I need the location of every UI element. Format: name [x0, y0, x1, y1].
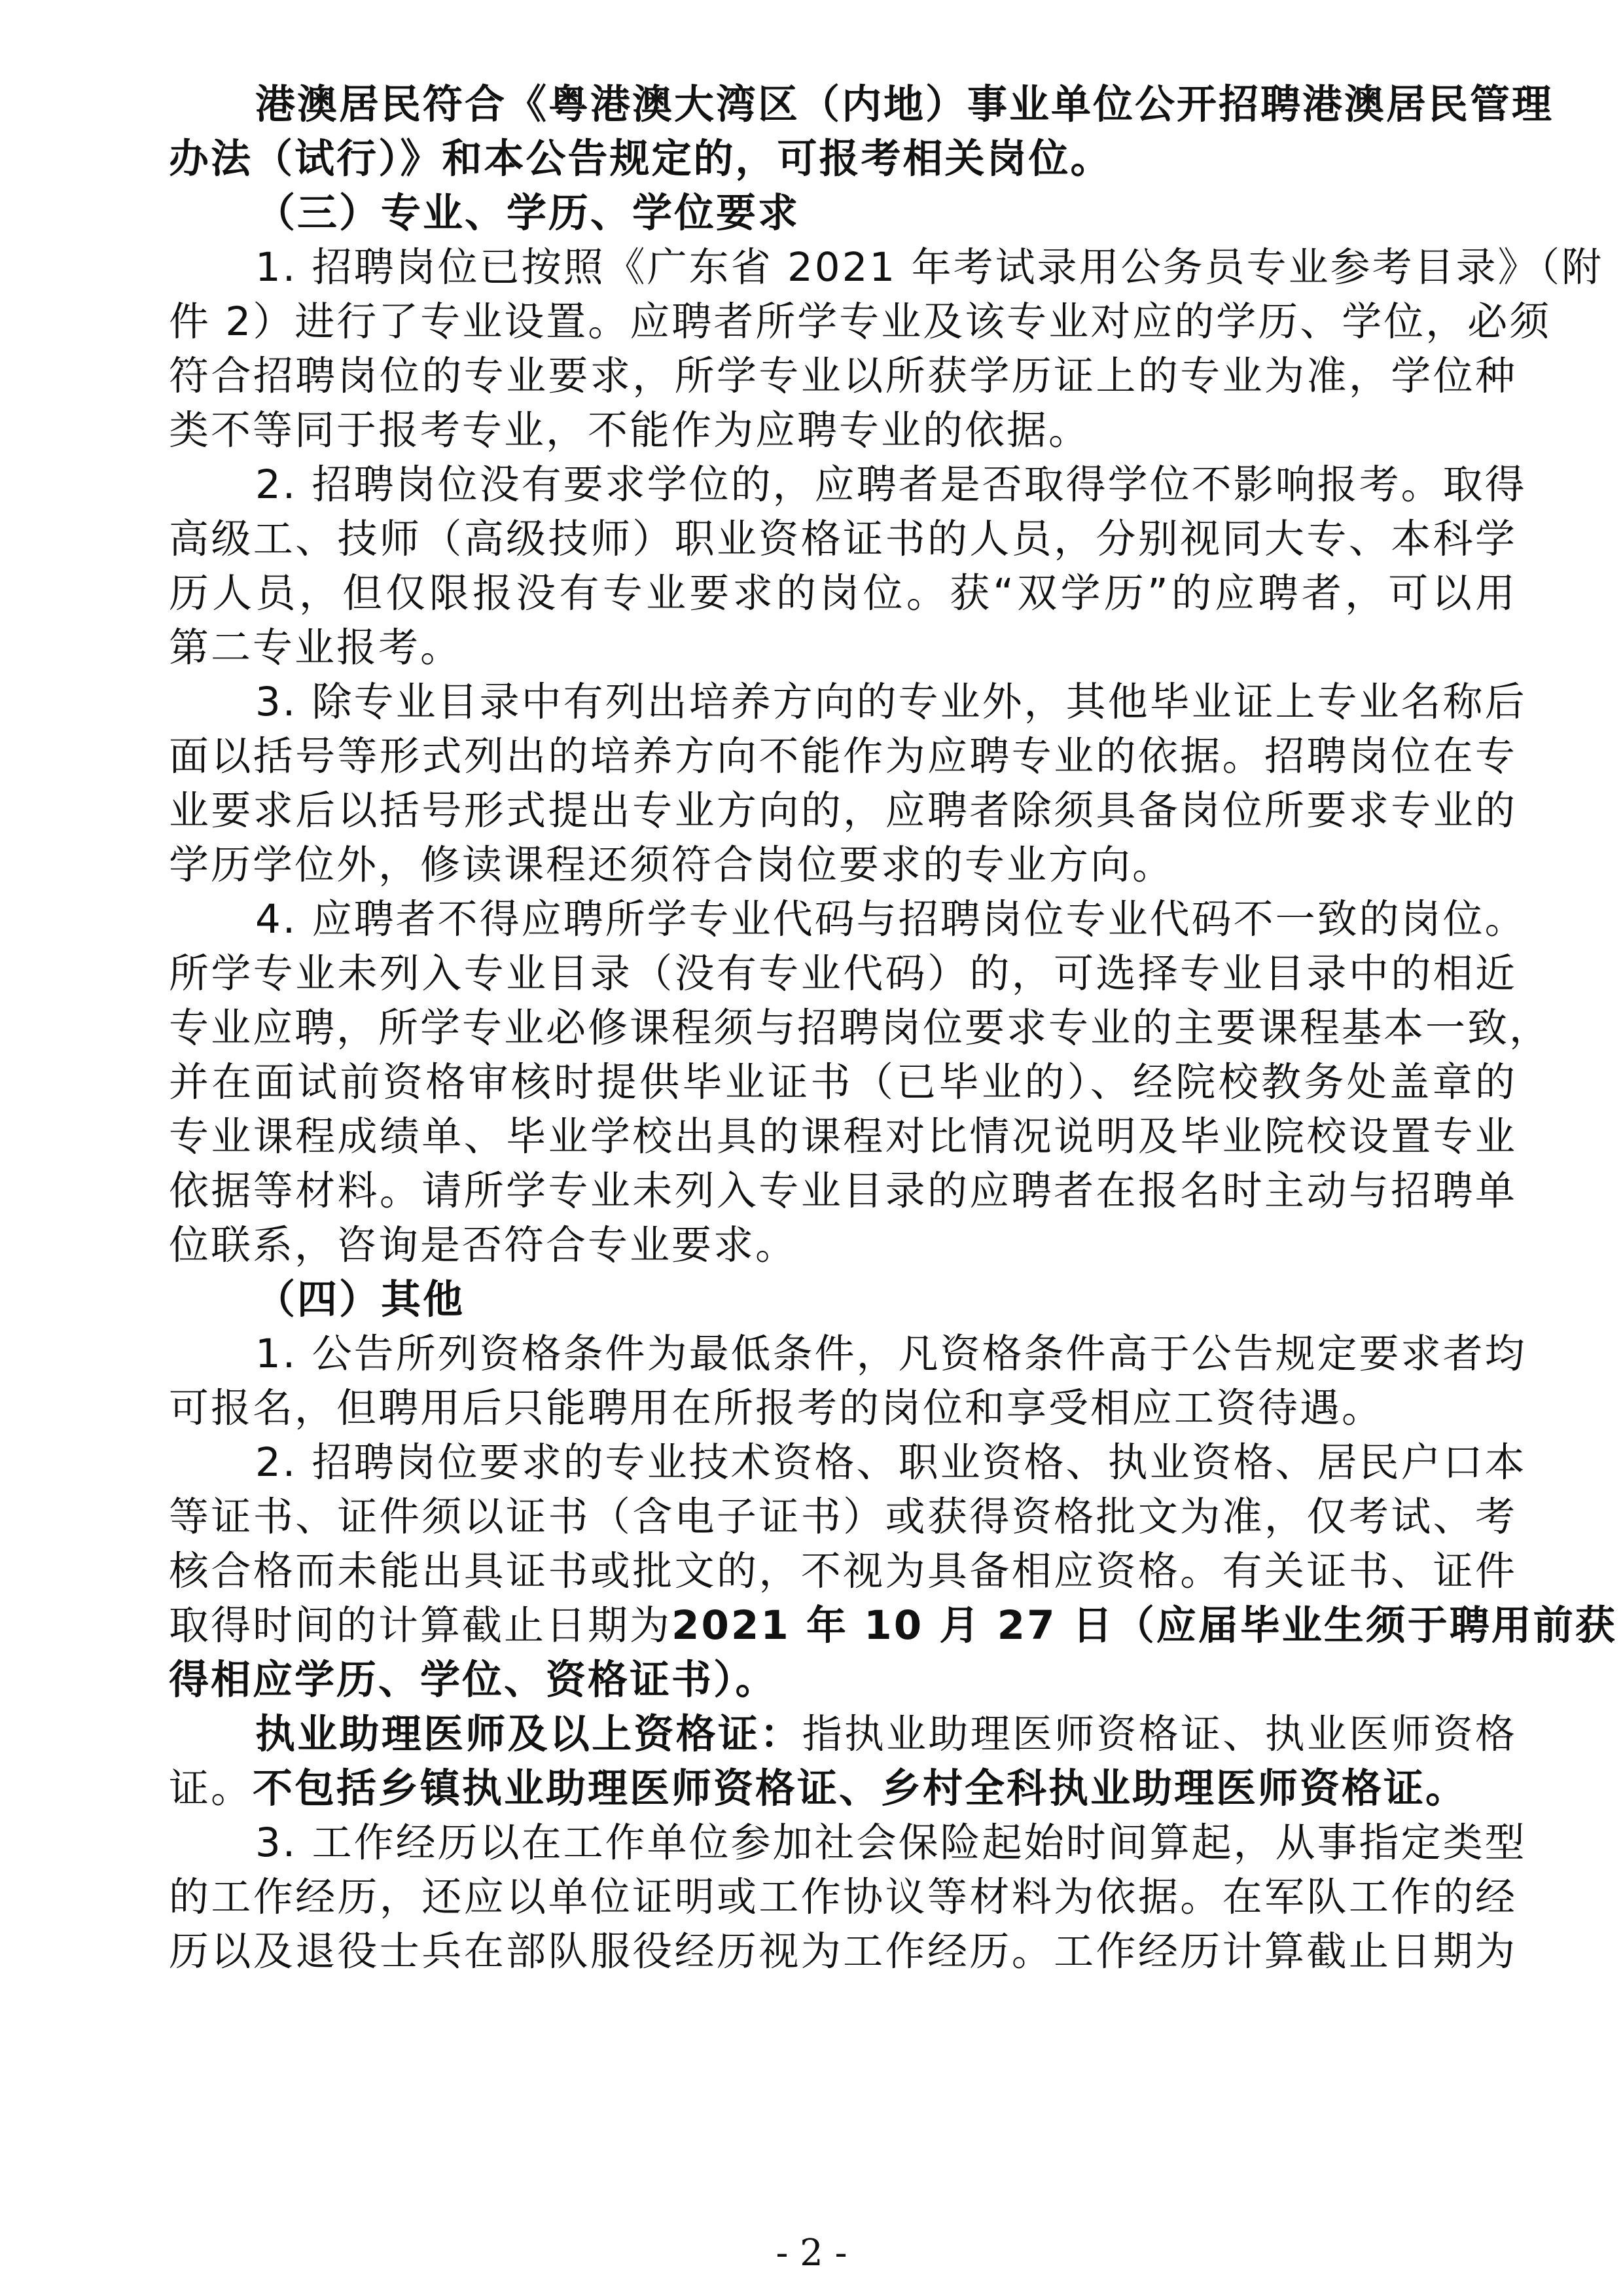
paragraph-line: 位联系，咨询是否符合专业要求。	[169, 1219, 1517, 1272]
paragraph-line: 高级工、技师（高级技师）职业资格证书的人员，分别视同大专、本科学	[169, 513, 1517, 565]
paragraph-line: 业要求后以括号形式提出专业方向的，应聘者除须具备岗位所要求专业的	[169, 785, 1517, 837]
paragraph-line: 3. 除专业目录中有列出培养方向的专业外，其他毕业证上专业名称后	[255, 676, 1517, 728]
paragraph-line: 港澳居民符合《粤港澳大湾区（内地）事业单位公开招聘港澳居民管理	[255, 79, 1517, 131]
paragraph-line: 所学专业未列入专业目录（没有专业代码）的，可选择专业目录中的相近	[169, 948, 1517, 1000]
paragraph-line: 得相应学历、学位、资格证书）。	[169, 1654, 1517, 1706]
paragraph-line: 核合格而未能出具证书或批文的，不视为具备相应资格。有关证书、证件	[169, 1545, 1517, 1598]
paragraph-line: 并在面试前资格审核时提供毕业证书（已毕业的）、经院校教务处盖章的	[169, 1056, 1517, 1109]
paragraph-line: 历以及退役士兵在部队服役经历视为工作经历。工作经历计算截止日期为	[169, 1926, 1517, 1978]
line-text-plain: 取得时间的计算截止日期为	[169, 1602, 671, 1649]
paragraph-line: 证。不包括乡镇执业助理医师资格证、乡村全科执业助理医师资格证。	[169, 1763, 1517, 1815]
paragraph-line: 专业应聘，所学专业必修课程须与招聘岗位要求专业的主要课程基本一致，	[169, 1002, 1517, 1054]
paragraph-line: 依据等材料。请所学专业未列入专业目录的应聘者在报名时主动与招聘单	[169, 1165, 1517, 1217]
document-page: 港澳居民符合《粤港澳大湾区（内地）事业单位公开招聘港澳居民管理 办法（试行）》和…	[0, 0, 1623, 2296]
paragraph-line: 2. 招聘岗位没有要求学位的，应聘者是否取得学位不影响报考。取得	[255, 459, 1517, 511]
paragraph-line: 符合招聘岗位的专业要求，所学专业以所获学历证上的专业为准，学位种	[169, 350, 1517, 403]
paragraph-line: 第二专业报考。	[169, 622, 1517, 674]
definition-term: 执业助理医师及以上资格证：	[255, 1711, 802, 1757]
line-text-plain: 证。	[169, 1765, 253, 1812]
paragraph-line: 的工作经历，还应以单位证明或工作协议等材料为依据。在军队工作的经	[169, 1871, 1517, 1924]
paragraph-line: 1. 公告所列资格条件为最低条件，凡资格条件高于公告规定要求者均	[255, 1328, 1517, 1380]
paragraph-line: 4. 应聘者不得应聘所学专业代码与招聘岗位专业代码不一致的岗位。	[255, 893, 1517, 946]
paragraph-line: 面以括号等形式列出的培养方向不能作为应聘专业的依据。招聘岗位在专	[169, 730, 1517, 783]
page-number: - 2 -	[0, 2231, 1623, 2276]
definition-text: 指执业助理医师资格证、执业医师资格	[802, 1711, 1517, 1757]
exclusion-note-bold: 不包括乡镇执业助理医师资格证、乡村全科执业助理医师资格证。	[253, 1765, 1467, 1812]
paragraph-line: 2. 招聘岗位要求的专业技术资格、职业资格、执业资格、居民户口本	[255, 1437, 1517, 1489]
paragraph-line: 专业课程成绩单、毕业学校出具的课程对比情况说明及毕业院校设置专业	[169, 1111, 1517, 1163]
cutoff-date-bold: 2021 年 10 月 27 日（应届毕业生须于聘用前获	[671, 1602, 1617, 1649]
paragraph-line: 可报名，但聘用后只能聘用在所报考的岗位和享受相应工资待遇。	[169, 1382, 1517, 1435]
paragraph-line: 类不等同于报考专业，不能作为应聘专业的依据。	[169, 404, 1517, 457]
paragraph-line: 取得时间的计算截止日期为2021 年 10 月 27 日（应届毕业生须于聘用前获	[169, 1600, 1517, 1652]
paragraph-line: 件 2）进行了专业设置。应聘者所学专业及该专业对应的学历、学位，必须	[169, 296, 1517, 348]
paragraph-line: 3. 工作经历以在工作单位参加社会保险起始时间算起，从事指定类型	[255, 1817, 1517, 1869]
paragraph-line: 1. 招聘岗位已按照《广东省 2021 年考试录用公务员专业参考目录》（附	[255, 242, 1517, 294]
section-heading: （四）其他	[255, 1274, 1517, 1326]
paragraph-line: 学历学位外，修读课程还须符合岗位要求的专业方向。	[169, 839, 1517, 891]
section-heading: （三）专业、学历、学位要求	[255, 187, 1517, 240]
paragraph-line: 执业助理医师及以上资格证：指执业助理医师资格证、执业医师资格	[255, 1708, 1517, 1761]
paragraph-line: 历人员，但仅限报没有专业要求的岗位。获“双学历”的应聘者，可以用	[169, 567, 1517, 620]
paragraph-line: 办法（试行）》和本公告规定的，可报考相关岗位。	[169, 133, 1517, 185]
paragraph-line: 等证书、证件须以证书（含电子证书）或获得资格批文为准，仅考试、考	[169, 1491, 1517, 1543]
